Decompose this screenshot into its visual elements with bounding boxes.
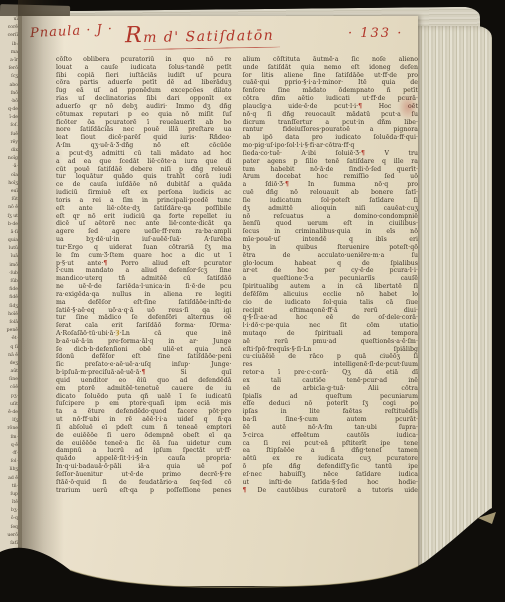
bottom-shadow <box>0 472 505 602</box>
text-column-right: alium cōſtituta āutmē·a ſic noſe alienou… <box>243 56 419 494</box>
running-header-left: Pnaula · J · <box>30 22 114 41</box>
running-header-title: Rm d' Satiſdatōn <box>125 21 275 49</box>
folio-number: · 133 · <box>348 26 403 41</box>
photograph-background: uīcorēceriīib:maa·īrſerōſcʒaboſnō·bōq·de… <box>0 0 505 602</box>
red-ink-stain <box>398 94 418 120</box>
text-column-left: cōſto oblibera pcuratoriū in quo nō relo… <box>56 56 232 494</box>
text-block: cōſto oblibera pcuratoriū in quo nō relo… <box>56 56 418 494</box>
